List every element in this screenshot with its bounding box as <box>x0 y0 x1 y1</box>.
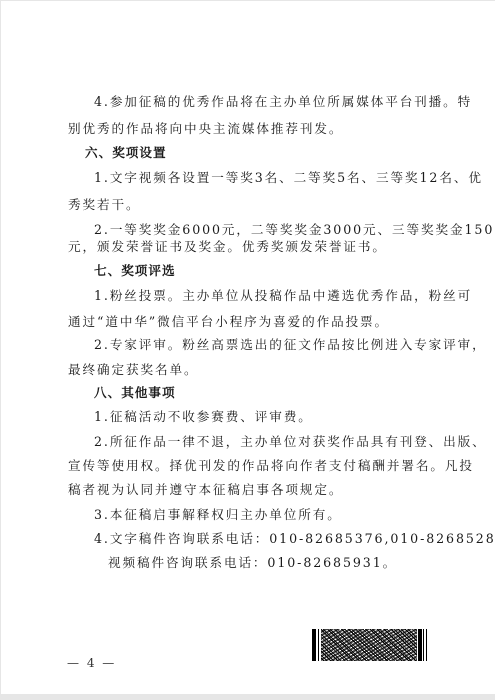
paragraph-line: 3.本征稿启事解释权归主办单位所有。 <box>94 507 342 523</box>
section-heading-other: 八、其他事项 <box>94 385 176 401</box>
paragraph-line: 稿者视为认同并遵守本征稿启事各项规定。 <box>68 482 343 498</box>
paragraph-line: 最终确定获奖名单。 <box>68 362 198 378</box>
paragraph-line: 宣传等使用权。择优刊发的作品将向作者支付稿酬并署名。凡投 <box>68 458 474 474</box>
2d-barcode-icon <box>312 629 429 661</box>
paragraph-line: 2.一等奖奖金6000元，二等奖奖金3000元、三等奖奖金1500 <box>94 222 495 238</box>
paragraph-line: 2.专家评审。粉丝高票选出的征文作品按比例进入专家评审， <box>94 337 487 353</box>
paragraph-line: 元，颁发荣誉证书及奖金。优秀奖颁发荣誉证书。 <box>68 239 387 255</box>
paragraph-line: 2.所征作品一律不退，主办单位对获奖作品具有刊登、出版、 <box>94 434 487 450</box>
paragraph-line: 1.粉丝投票。主办单位从投稿作品中遴选优秀作品，粉丝可 <box>94 288 472 304</box>
document-page: 4.参加征稿的优秀作品将在主办单位所属媒体平台刊播。特 别优秀的作品将向中央主流… <box>1 1 495 694</box>
paragraph-line: 1.文字视频各设置一等奖3名、二等奖5名、三等奖12名、优 <box>94 170 483 186</box>
paragraph-line: 秀奖若干。 <box>68 197 140 213</box>
section-heading-awards: 六、奖项设置 <box>85 145 167 161</box>
paragraph-line: 4.参加征稿的优秀作品将在主办单位所属媒体平台刊播。特 <box>94 94 472 110</box>
section-heading-evaluation: 七、奖项评选 <box>94 263 176 279</box>
page-number: — 4 — <box>67 656 116 670</box>
paragraph-line: 通过“道中华”微信平台小程序为喜爱的作品投票。 <box>68 314 389 330</box>
paragraph-line: 4.文字稿件咨询联系电话：010-82685376,010-82685285； <box>94 531 495 547</box>
paragraph-line: 1.征稿活动不收参赛费、评审费。 <box>94 409 313 425</box>
paragraph-line: 视频稿件咨询联系电话：010-82685931。 <box>108 555 397 571</box>
paragraph-line: 别优秀的作品将向中央主流媒体推荐刊发。 <box>68 121 343 137</box>
